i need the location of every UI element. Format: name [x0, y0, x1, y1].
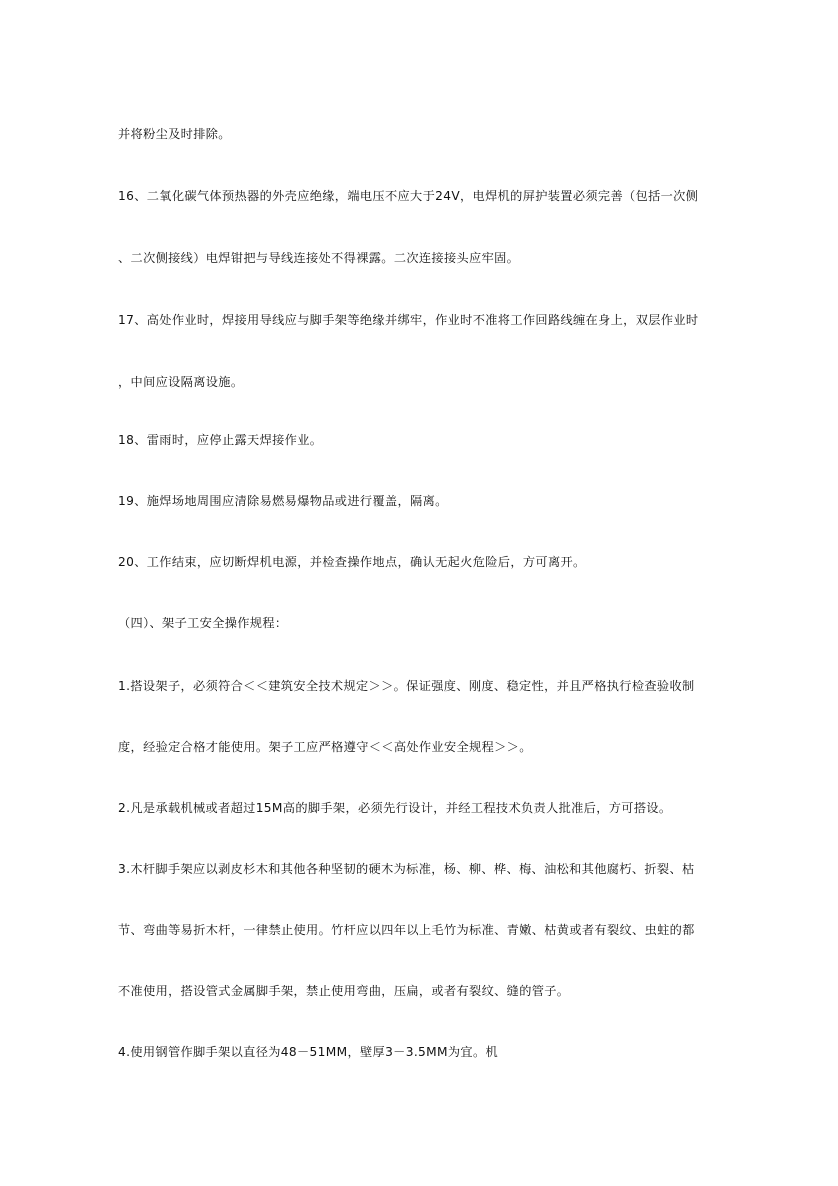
text-line: 17、高处作业时，焊接用导线应与脚手架等绝缘并绑牢，作业时不准将工作回路线缠在身…	[118, 312, 738, 328]
text-line: 3.木杆脚手架应以剥皮杉木和其他各种坚韧的硬木为标准，杨、柳、桦、梅、油松和其他…	[118, 861, 738, 877]
text-line: 20、工作结束，应切断焊机电源，并检查操作地点，确认无起火危险后，方可离开。	[118, 554, 738, 570]
text-line: 度，经验定合格才能使用。架子工应严格遵守＜＜高处作业安全规程＞＞。	[118, 739, 738, 755]
text-line: 不准使用，搭设管式金属脚手架，禁止使用弯曲，压扁，或者有裂纹、缝的管子。	[118, 983, 738, 999]
text-line: 16、二氧化碳气体预热器的外壳应绝缘，端电压不应大于24V，电焊机的屏护装置必须…	[118, 188, 738, 204]
text-line: 、二次侧接线）电焊钳把与导线连接处不得裸露。二次连接接头应牢固。	[118, 250, 738, 266]
text-line: 18、雷雨时，应停止露天焊接作业。	[118, 432, 738, 448]
text-line: 4.使用钢管作脚手架以直径为48－51MM，壁厚3－3.5MM为宜。机	[118, 1044, 738, 1060]
section-heading: （四）、架子工安全操作规程：	[118, 615, 738, 631]
text-line: 1.搭设架子，必须符合＜＜建筑安全技术规定＞＞。保证强度、刚度、稳定性，并且严格…	[118, 678, 738, 694]
text-line: 并将粉尘及时排除。	[118, 126, 738, 142]
text-line: 2.凡是承载机械或者超过15M高的脚手架，必须先行设计，并经工程技术负责人批准后…	[118, 800, 738, 816]
document-page: 并将粉尘及时排除。 16、二氧化碳气体预热器的外壳应绝缘，端电压不应大于24V，…	[0, 0, 838, 1186]
text-line: 节、弯曲等易折木杆，一律禁止使用。竹杆应以四年以上毛竹为标准、青嫩、枯黄或者有裂…	[118, 922, 738, 938]
text-line: 19、施焊场地周围应清除易燃易爆物品或进行覆盖，隔离。	[118, 493, 738, 509]
text-line: ，中间应设隔离设施。	[118, 374, 738, 390]
